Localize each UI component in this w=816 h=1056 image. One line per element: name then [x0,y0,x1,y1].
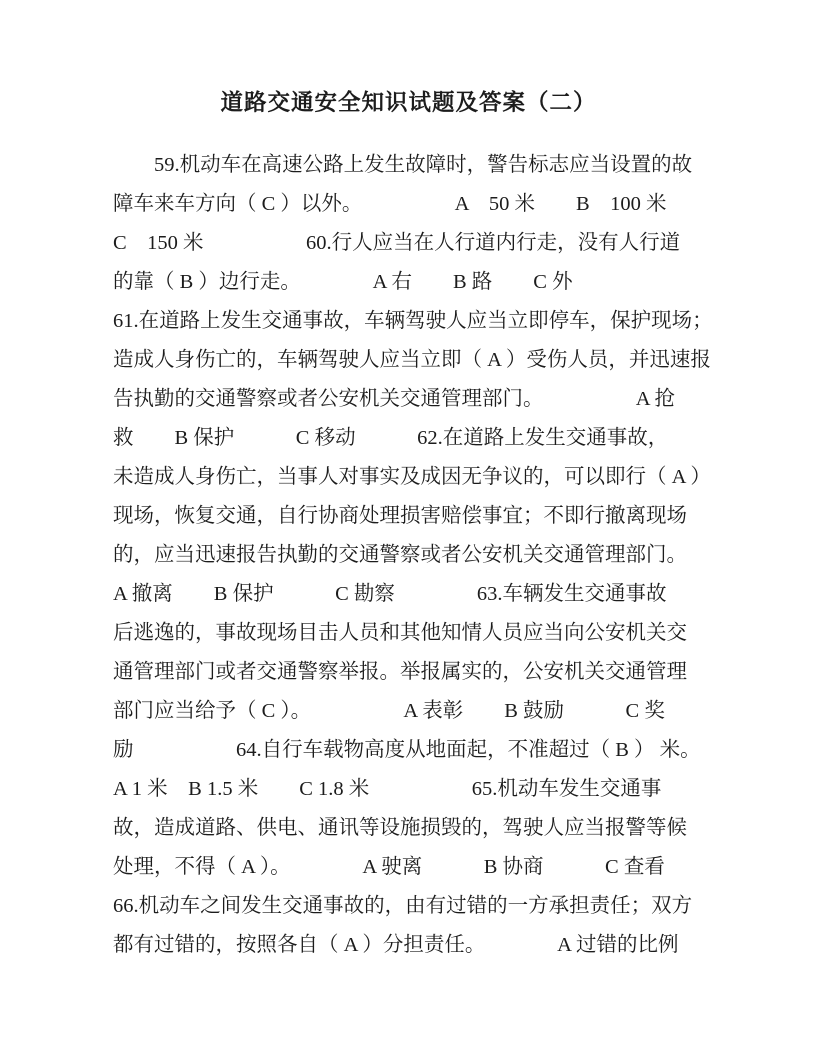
document-line: 66.机动车之间发生交通事故的，由有过错的一方承担责任；双方 [113,887,704,926]
document-line: 部门应当给予（ C ）。 A 表彰 B 鼓励 C 奖 [113,692,704,731]
document-body: 59.机动车在高速公路上发生故障时，警告标志应当设置的故障车来车方向（ C ）以… [113,146,704,965]
document-line: 的靠（ B ）边行走。 A 右 B 路 C 外 [113,263,704,302]
document-line: C 150 米 60.行人应当在人行道内行走，没有人行道 [113,224,704,263]
document-line: 都有过错的，按照各自（ A ）分担责任。 A 过错的比例 [113,926,704,965]
document-line: 障车来车方向（ C ）以外。 A 50 米 B 100 米 [113,185,704,224]
document-line: 故，造成道路、供电、通讯等设施损毁的，驾驶人应当报警等候 [113,809,704,848]
document-line: 61.在道路上发生交通事故，车辆驾驶人应当立即停车，保护现场； [113,302,704,341]
document-line: 未造成人身伤亡，当事人对事实及成因无争议的，可以即行（ A ） [113,458,704,497]
document-line: 告执勤的交通警察或者公安机关交通管理部门。 A 抢 [113,380,704,419]
document-line: 通管理部门或者交通警察举报。举报属实的，公安机关交通管理 [113,653,704,692]
document-line: 处理，不得（ A ）。 A 驶离 B 协商 C 查看 [113,848,704,887]
document-line: 现场，恢复交通，自行协商处理损害赔偿事宜；不即行撤离现场 [113,497,704,536]
document-line: A 撤离 B 保护 C 勘察 63.车辆发生交通事故 [113,575,704,614]
document-line: 的，应当迅速报告执勤的交通警察或者公安机关交通管理部门。 [113,536,704,575]
document-line: 59.机动车在高速公路上发生故障时，警告标志应当设置的故 [113,146,704,185]
document-title: 道路交通安全知识试题及答案（二） [113,86,704,119]
document-line: 后逃逸的，事故现场目击人员和其他知情人员应当向公安机关交 [113,614,704,653]
document-line: 造成人身伤亡的，车辆驾驶人应当立即（ A ）受伤人员，并迅速报 [113,341,704,380]
document-line: 励 64.自行车载物高度从地面起，不准超过（ B ） 米。 [113,731,704,770]
document-line: 救 B 保护 C 移动 62.在道路上发生交通事故， [113,419,704,458]
document-line: A 1 米 B 1.5 米 C 1.8 米 65.机动车发生交通事 [113,770,704,809]
document-page: 道路交通安全知识试题及答案（二） 59.机动车在高速公路上发生故障时，警告标志应… [0,0,816,1056]
